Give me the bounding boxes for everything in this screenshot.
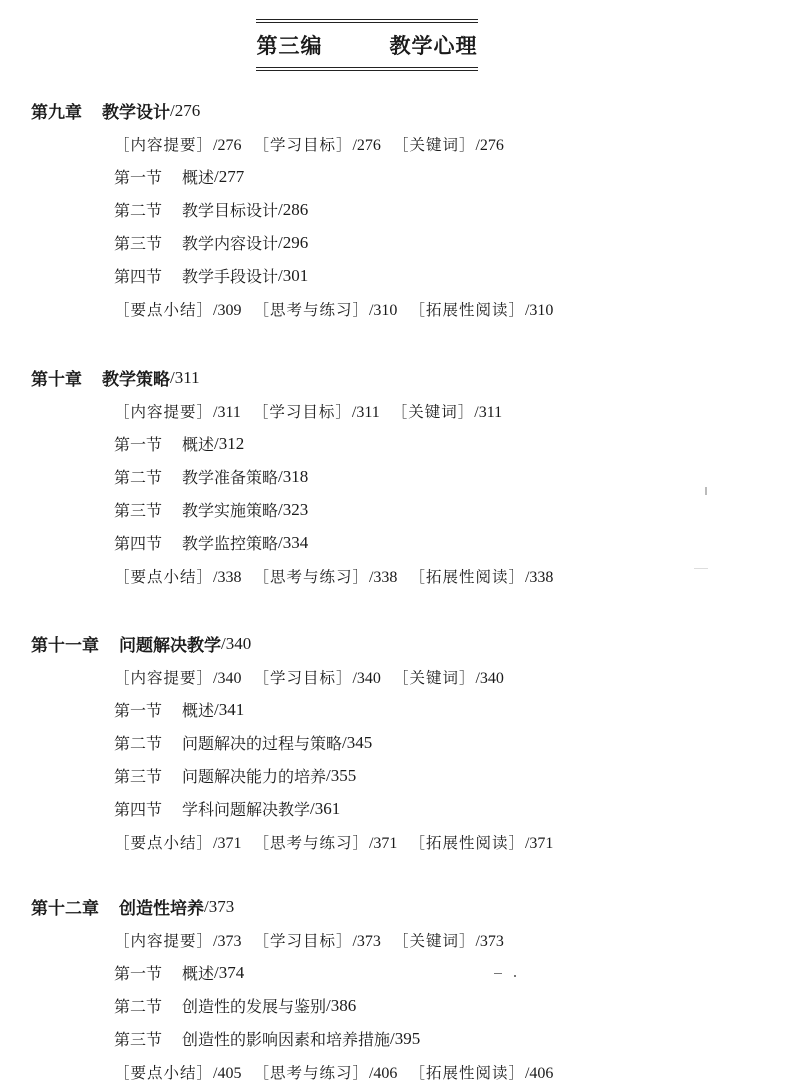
chapter-intro-items: ［内容提要］/373 ［学习目标］/373 ［关键词］/373	[114, 923, 565, 956]
section-page: /374	[214, 963, 244, 983]
section-page: /318	[278, 467, 308, 487]
chapter-page: /276	[170, 101, 200, 121]
scan-speck	[494, 973, 502, 974]
section-number: 第三节	[114, 231, 162, 254]
meta-item[interactable]: ［拓展性阅读］/310	[409, 298, 553, 320]
section-title: 教学监控策略	[182, 531, 278, 554]
section-title: 教学准备策略	[182, 465, 278, 488]
section-number: 第二节	[114, 465, 162, 488]
section-number: 第一节	[114, 961, 162, 984]
section-entry[interactable]: 第二节教学准备策略/318	[114, 460, 565, 493]
chapter-10: 第十章 教学策略/311 ［内容提要］/311 ［学习目标］/311 ［关键词］…	[31, 361, 565, 592]
chapter-9: 第九章 教学设计/276 ［内容提要］/276 ［学习目标］/276 ［关键词］…	[31, 94, 565, 325]
chapter-number: 第十章	[31, 365, 82, 390]
section-title: 学科问题解决教学	[182, 797, 310, 820]
section-entry[interactable]: 第二节问题解决的过程与策略/345	[114, 726, 565, 759]
section-entry[interactable]: 第二节教学目标设计/286	[114, 193, 565, 226]
chapter-page: /311	[170, 368, 200, 388]
section-title: 概述	[182, 698, 214, 721]
meta-item[interactable]: ［拓展性阅读］/406	[409, 1061, 553, 1083]
chapter-title: 问题解决教学	[119, 631, 221, 656]
section-page: /334	[278, 533, 308, 553]
section-page: /296	[278, 233, 308, 253]
section-page: /277	[214, 167, 244, 187]
section-title: 创造性的影响因素和培养措施	[182, 1027, 390, 1050]
section-page: /355	[326, 766, 356, 786]
chapter-page: /373	[204, 897, 234, 917]
section-number: 第四节	[114, 531, 162, 554]
meta-item[interactable]: ［思考与练习］/310	[253, 298, 397, 320]
chapter-heading[interactable]: 第十一章 问题解决教学/340	[31, 627, 565, 660]
section-entry[interactable]: 第一节概述/277	[114, 160, 565, 193]
section-number: 第三节	[114, 764, 162, 787]
chapter-intro-items: ［内容提要］/311 ［学习目标］/311 ［关键词］/311	[114, 394, 565, 427]
chapter-title: 教学设计	[102, 98, 170, 123]
meta-item[interactable]: ［关键词］/340	[393, 666, 504, 688]
section-title: 教学目标设计	[182, 198, 278, 221]
section-number: 第一节	[114, 698, 162, 721]
chapter-heading[interactable]: 第九章 教学设计/276	[31, 94, 565, 127]
section-entry[interactable]: 第三节问题解决能力的培养/355	[114, 759, 565, 792]
meta-item[interactable]: ［内容提要］/311	[114, 400, 241, 422]
section-page: /341	[214, 700, 244, 720]
section-entry[interactable]: 第三节教学实施策略/323	[114, 493, 565, 526]
meta-item[interactable]: ［关键词］/373	[393, 929, 504, 951]
section-entry[interactable]: 第一节概述/312	[114, 427, 565, 460]
meta-item[interactable]: ［要点小结］/371	[114, 831, 241, 853]
section-entry[interactable]: 第三节教学内容设计/296	[114, 226, 565, 259]
chapter-end-items: ［要点小结］/405 ［思考与练习］/406 ［拓展性阅读］/406	[114, 1055, 565, 1088]
section-page: /323	[278, 500, 308, 520]
section-entry[interactable]: 第二节创造性的发展与鉴别/386	[114, 989, 565, 1022]
section-title: 问题解决能力的培养	[182, 764, 326, 787]
part-title: 第三编 教学心理	[257, 30, 478, 60]
section-title: 问题解决的过程与策略	[182, 731, 342, 754]
section-number: 第一节	[114, 165, 162, 188]
chapter-end-items: ［要点小结］/371 ［思考与练习］/371 ［拓展性阅读］/371	[114, 825, 565, 858]
section-number: 第三节	[114, 498, 162, 521]
meta-item[interactable]: ［思考与练习］/338	[253, 565, 397, 587]
chapter-heading[interactable]: 第十章 教学策略/311	[31, 361, 565, 394]
section-entry[interactable]: 第一节概述/341	[114, 693, 565, 726]
meta-item[interactable]: ［学习目标］/340	[253, 666, 380, 688]
section-number: 第一节	[114, 432, 162, 455]
chapter-12: 第十二章 创造性培养/373 ［内容提要］/373 ［学习目标］/373 ［关键…	[31, 890, 565, 1088]
chapter-number: 第十二章	[31, 894, 99, 919]
section-entry[interactable]: 第四节学科问题解决教学/361	[114, 792, 565, 825]
section-number: 第四节	[114, 264, 162, 287]
chapter-title: 教学策略	[102, 365, 170, 390]
scan-speck	[514, 975, 516, 977]
section-page: /361	[310, 799, 340, 819]
meta-item[interactable]: ［学习目标］/373	[253, 929, 380, 951]
meta-item[interactable]: ［拓展性阅读］/371	[409, 831, 553, 853]
scan-speck	[694, 568, 708, 569]
section-number: 第二节	[114, 994, 162, 1017]
chapter-11: 第十一章 问题解决教学/340 ［内容提要］/340 ［学习目标］/340 ［关…	[31, 627, 565, 858]
meta-item[interactable]: ［要点小结］/309	[114, 298, 241, 320]
section-title: 教学手段设计	[182, 264, 278, 287]
section-title: 创造性的发展与鉴别	[182, 994, 326, 1017]
chapter-end-items: ［要点小结］/338 ［思考与练习］/338 ［拓展性阅读］/338	[114, 559, 565, 592]
section-number: 第二节	[114, 731, 162, 754]
chapter-number: 第十一章	[31, 631, 99, 656]
meta-item[interactable]: ［内容提要］/276	[114, 133, 241, 155]
section-number: 第四节	[114, 797, 162, 820]
meta-item[interactable]: ［要点小结］/405	[114, 1061, 241, 1083]
chapter-heading[interactable]: 第十二章 创造性培养/373	[31, 890, 565, 923]
section-page: /386	[326, 996, 356, 1016]
section-entry[interactable]: 第三节创造性的影响因素和培养措施/395	[114, 1022, 565, 1055]
section-title: 概述	[182, 961, 214, 984]
section-number: 第二节	[114, 198, 162, 221]
section-page: /301	[278, 266, 308, 286]
section-title: 概述	[182, 432, 214, 455]
scan-speck	[705, 487, 707, 495]
meta-item[interactable]: ［学习目标］/276	[253, 133, 380, 155]
meta-item[interactable]: ［内容提要］/373	[114, 929, 241, 951]
part-title-frame: 第三编 教学心理	[256, 19, 478, 71]
chapter-page: /340	[221, 634, 251, 654]
section-page: /345	[342, 733, 372, 753]
meta-item[interactable]: ［学习目标］/311	[253, 400, 380, 422]
meta-item[interactable]: ［思考与练习］/371	[253, 831, 397, 853]
chapter-intro-items: ［内容提要］/276 ［学习目标］/276 ［关键词］/276	[114, 127, 565, 160]
section-title: 教学内容设计	[182, 231, 278, 254]
chapter-title: 创造性培养	[119, 894, 204, 919]
meta-item[interactable]: ［关键词］/311	[392, 400, 502, 422]
meta-item[interactable]: ［思考与练习］/406	[253, 1061, 397, 1083]
section-entry[interactable]: 第四节教学手段设计/301	[114, 259, 565, 292]
meta-item[interactable]: ［关键词］/276	[393, 133, 504, 155]
chapter-number: 第九章	[31, 98, 82, 123]
section-number: 第三节	[114, 1027, 162, 1050]
meta-item[interactable]: ［拓展性阅读］/338	[409, 565, 553, 587]
chapter-intro-items: ［内容提要］/340 ［学习目标］/340 ［关键词］/340	[114, 660, 565, 693]
section-title: 概述	[182, 165, 214, 188]
section-title: 教学实施策略	[182, 498, 278, 521]
section-page: /395	[390, 1029, 420, 1049]
meta-item[interactable]: ［要点小结］/338	[114, 565, 241, 587]
chapter-end-items: ［要点小结］/309 ［思考与练习］/310 ［拓展性阅读］/310	[114, 292, 565, 325]
section-entry[interactable]: 第四节教学监控策略/334	[114, 526, 565, 559]
section-page: /286	[278, 200, 308, 220]
section-page: /312	[214, 434, 244, 454]
meta-item[interactable]: ［内容提要］/340	[114, 666, 241, 688]
